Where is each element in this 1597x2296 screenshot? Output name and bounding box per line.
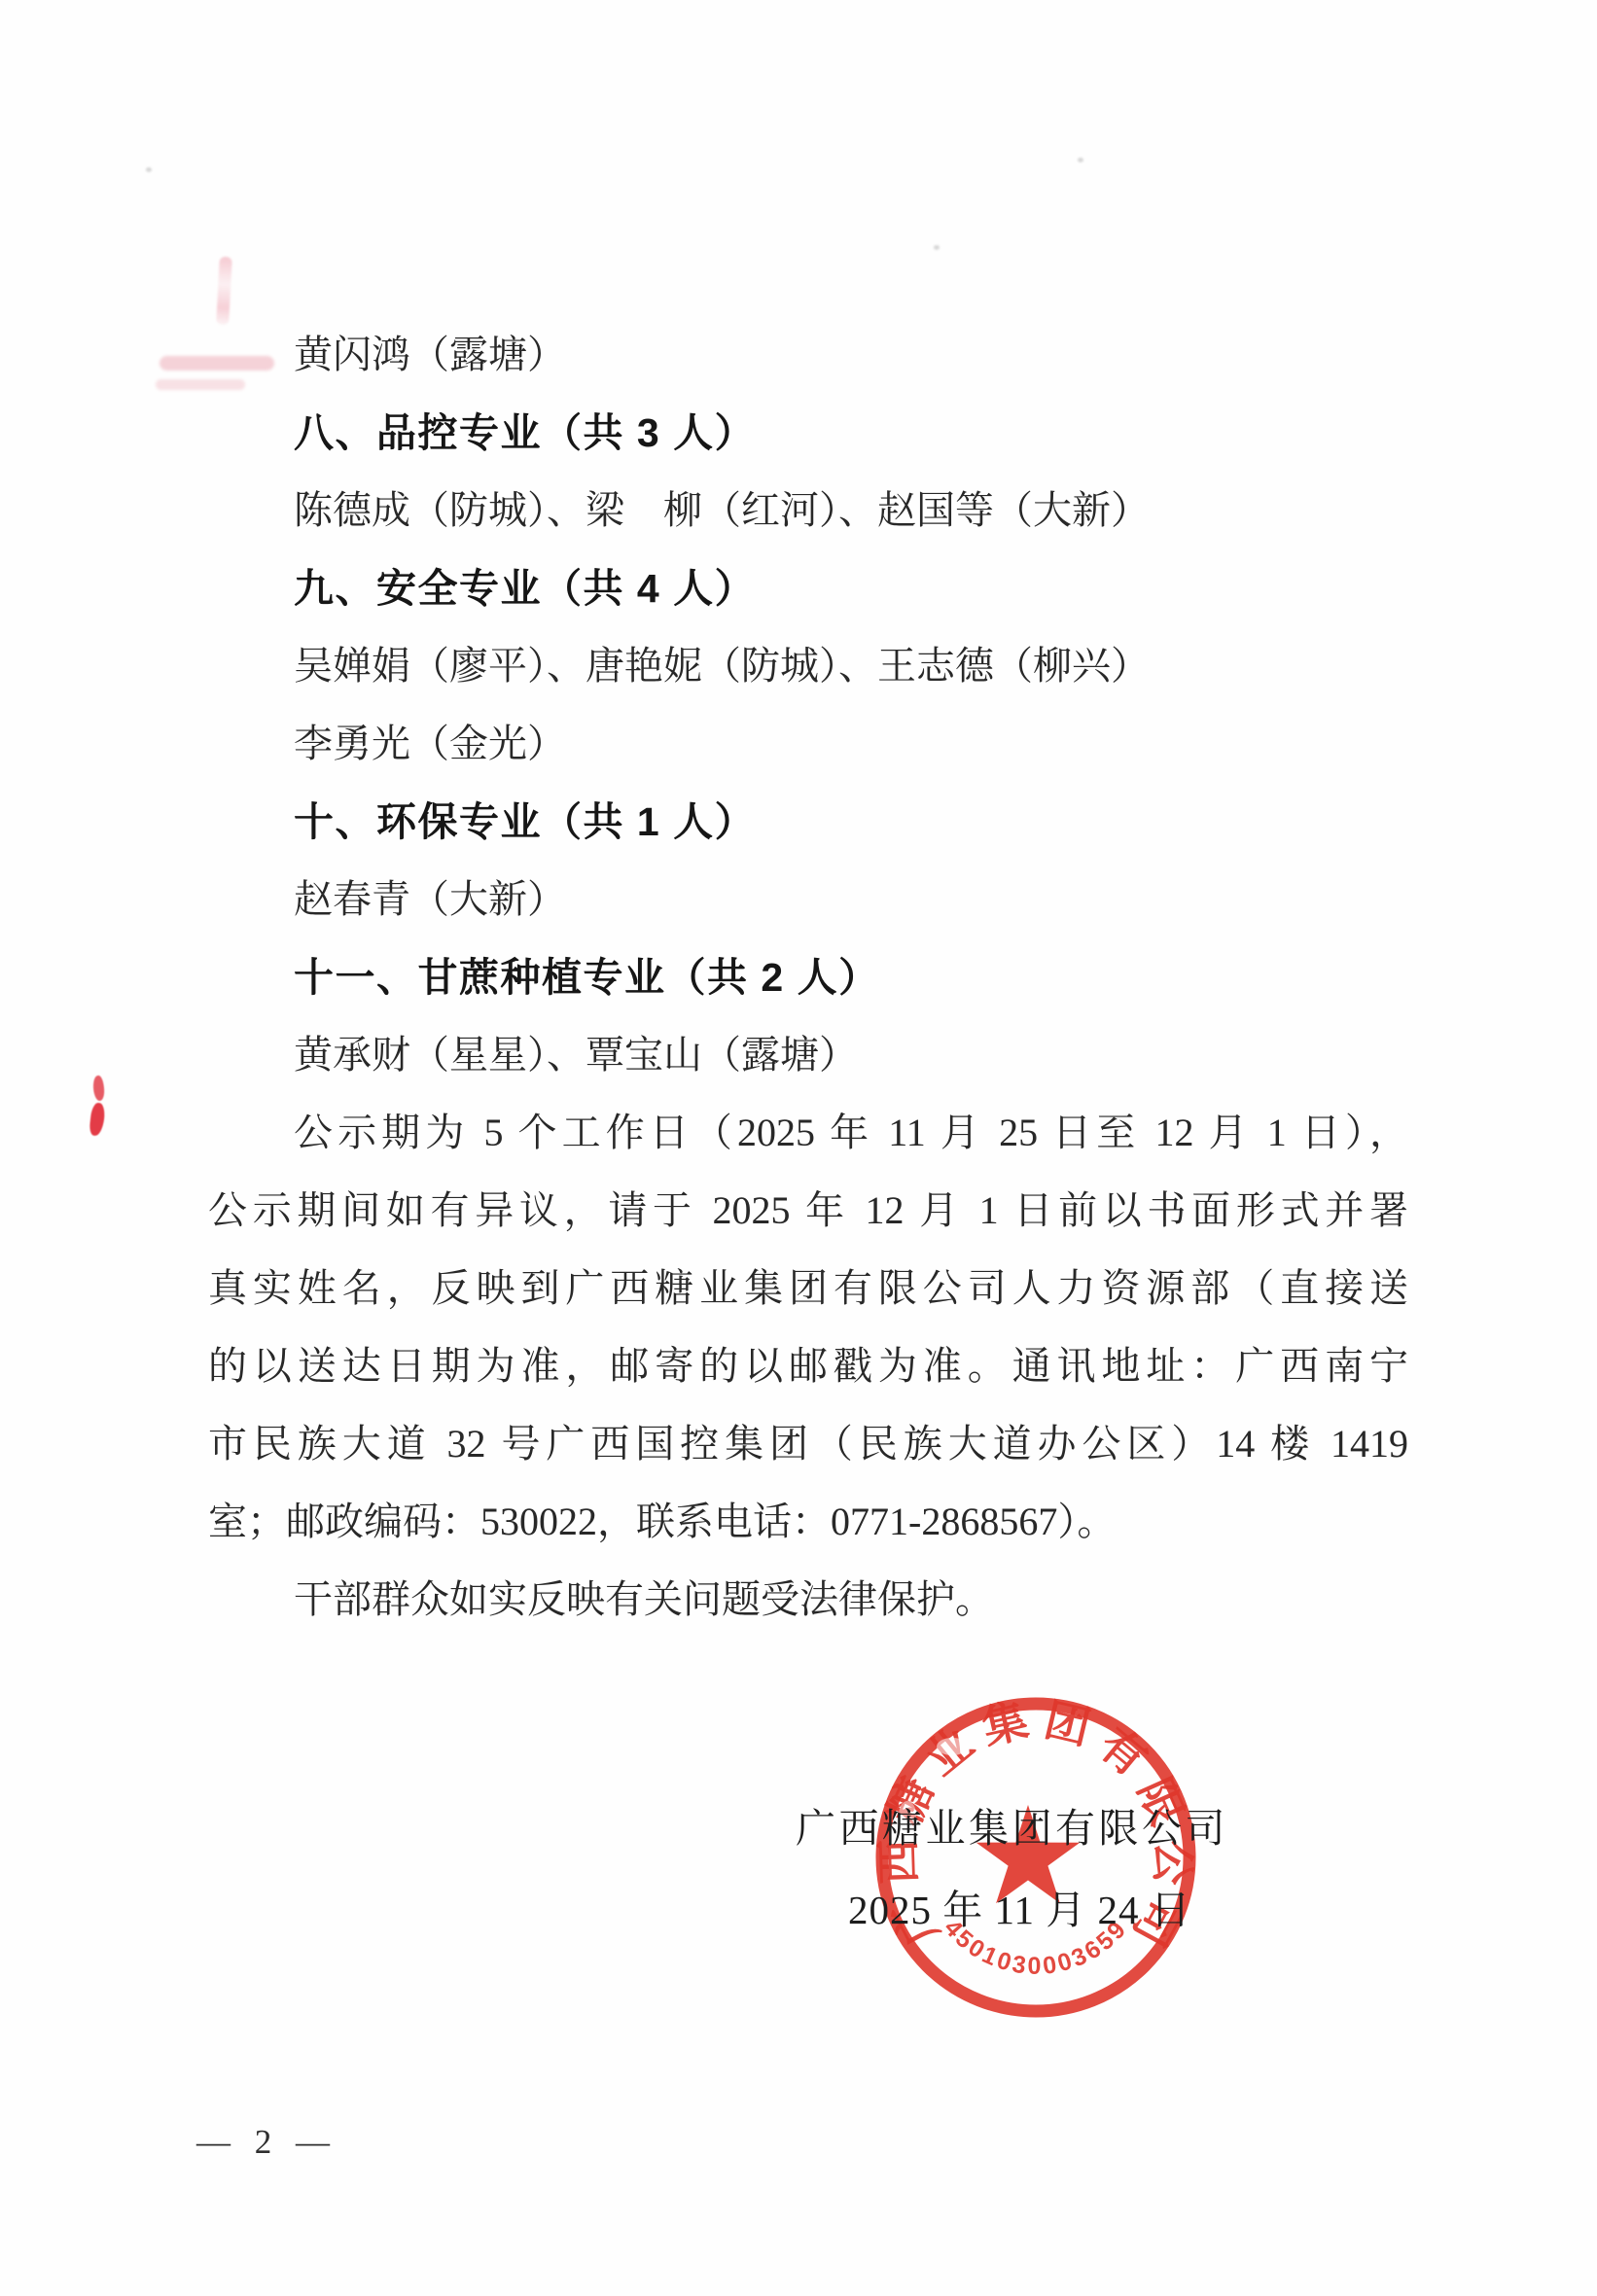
document-line: 李勇光（金光）	[208, 705, 1408, 783]
document-line: 市民族大道 32 号广西国控集团（民族大道办公区）14 楼 1419	[208, 1405, 1408, 1483]
section-heading: 八、品控专业（共 3 人）	[208, 394, 1408, 472]
document-line: 黄承财（星星）、覃宝山（露塘）	[208, 1016, 1408, 1094]
document-line: 赵春青（大新）	[208, 861, 1408, 938]
document-body: 黄闪鸿（露塘）八、品控专业（共 3 人）陈德成（防城）、梁 柳（红河）、赵国等（…	[208, 316, 1408, 1639]
seal-worn-spot	[937, 1738, 968, 1755]
scan-artifact-pink-streak	[216, 257, 232, 326]
document-line: 公示期间如有异议，请于 2025 年 12 月 1 日前以书面形式并署	[208, 1172, 1408, 1250]
signature-company-name: 广西糖业集团有限公司	[796, 1796, 1228, 1854]
scan-artifact-red-ink-mark	[91, 1075, 106, 1101]
scan-artifact-speck	[1078, 158, 1083, 162]
scanned-document-page: 黄闪鸿（露塘）八、品控专业（共 3 人）陈德成（防城）、梁 柳（红河）、赵国等（…	[0, 0, 1597, 2296]
section-heading: 十、环保专业（共 1 人）	[208, 783, 1408, 861]
document-line: 的以送达日期为准，邮寄的以邮戳为准。通讯地址：广西南宁	[208, 1327, 1408, 1405]
document-line: 吴婵娟（廖平）、唐艳妮（防城）、王志德（柳兴）	[208, 627, 1408, 705]
document-line: 公示期为 5 个工作日（2025 年 11 月 25 日至 12 月 1 日），	[208, 1094, 1408, 1172]
document-line: 真实姓名，反映到广西糖业集团有限公司人力资源部（直接送	[208, 1250, 1408, 1327]
scan-artifact-speck	[934, 245, 940, 250]
document-line: 干部群众如实反映有关问题受法律保护。	[208, 1561, 1408, 1639]
section-heading: 十一、甘蔗种植专业（共 2 人）	[208, 938, 1408, 1016]
document-line: 室；邮政编码：530022，联系电话：0771-2868567）。	[208, 1483, 1408, 1561]
section-heading: 九、安全专业（共 4 人）	[208, 549, 1408, 627]
signature-date: 2025 年 11 月 24 日	[848, 1878, 1191, 1935]
company-seal: 广西糖业集团有限公司 4501030003659	[869, 1690, 1203, 2025]
scan-artifact-speck	[146, 167, 152, 172]
document-line: 黄闪鸿（露塘）	[208, 316, 1408, 394]
scan-artifact-red-ink-mark	[89, 1102, 105, 1136]
page-number: — 2 —	[196, 2123, 337, 2162]
document-line: 陈德成（防城）、梁 柳（红河）、赵国等（大新）	[208, 472, 1408, 549]
